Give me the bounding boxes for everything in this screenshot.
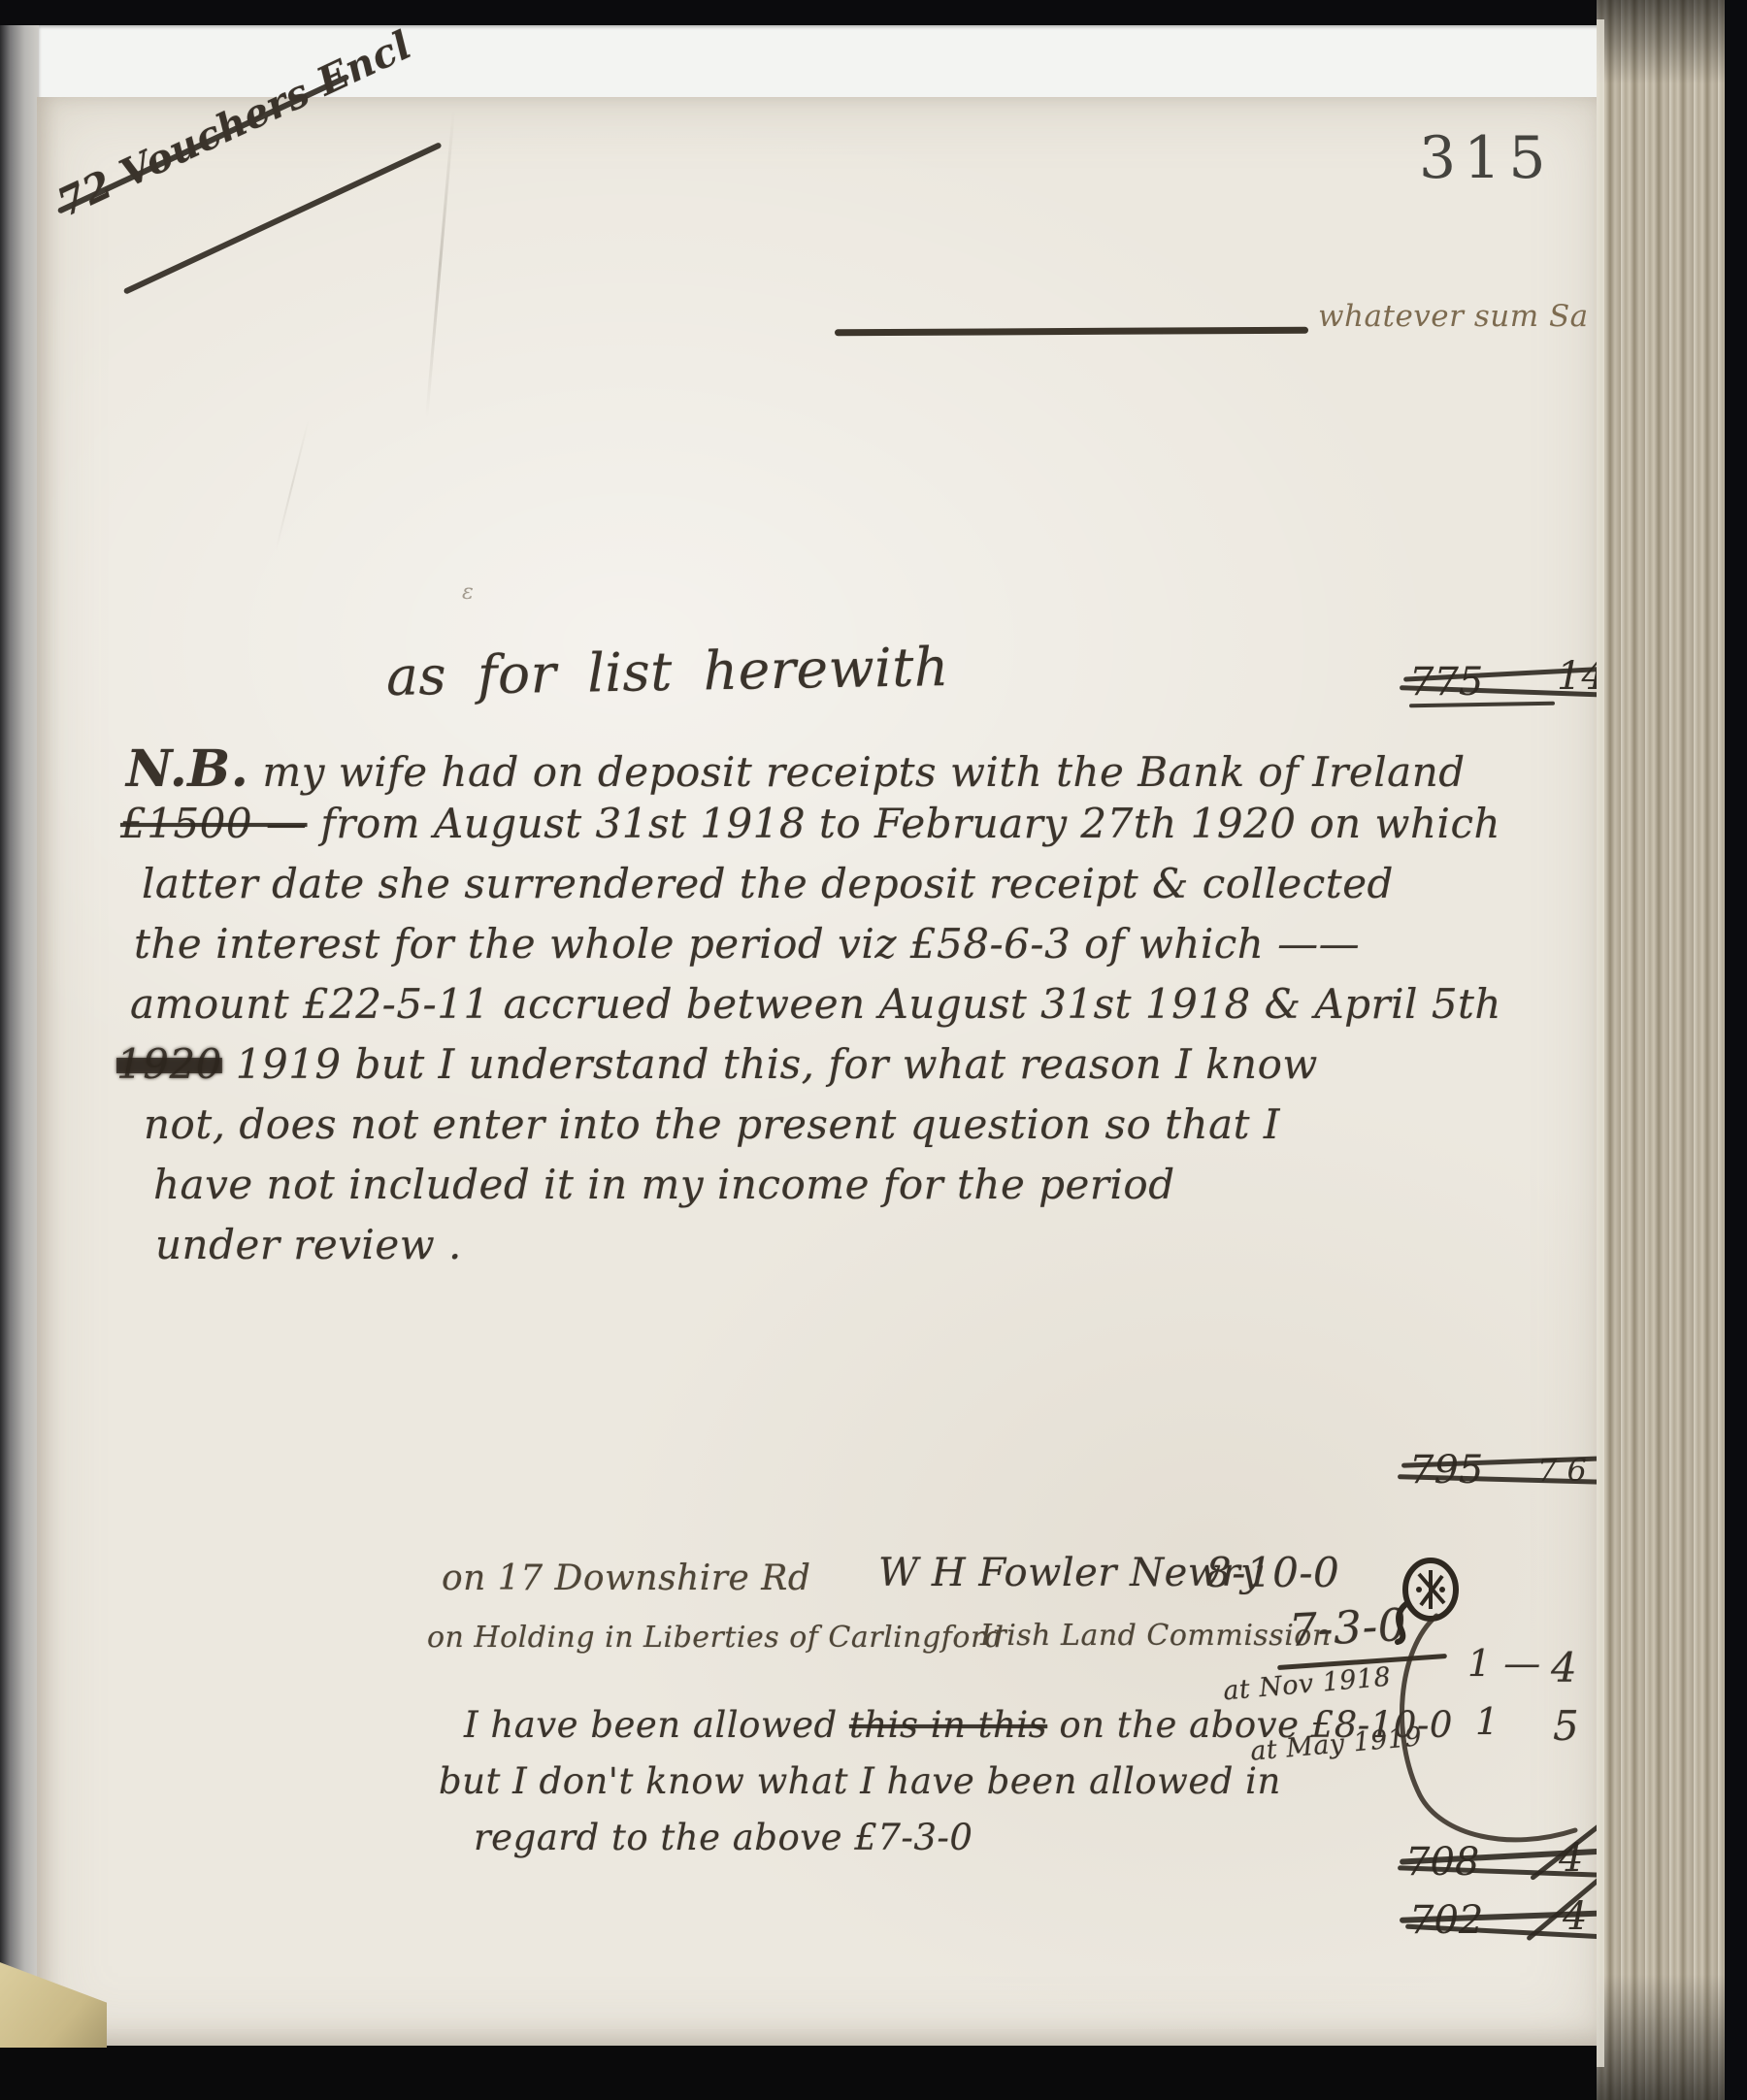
note-line: latter date she surrendered the deposit … — [142, 860, 1394, 907]
section-heading: as for list herewith — [385, 636, 949, 707]
note-line: 1920 1919 but I understand this, for wha… — [116, 1040, 1318, 1088]
note-line: under review . — [155, 1221, 462, 1268]
book-cover-bottom — [0, 2046, 1747, 2100]
scratched-value: 795 — [1409, 1448, 1483, 1493]
stray-mark: ε — [462, 580, 474, 605]
note-block: N.B.my wife had on deposit receipts with… — [126, 739, 1592, 1283]
scratch-middle: 795 7 6 — [1409, 1442, 1603, 1520]
struck-year: 1920 — [116, 1040, 222, 1088]
book-page-stack — [1597, 0, 1725, 2100]
note-line: not, does not enter into the present que… — [144, 1100, 1280, 1148]
property-label: on Holding in Liberties of Carlingford — [427, 1621, 1005, 1655]
book-cover — [1725, 0, 1747, 2100]
note-line: £1500 — from August 31st 1918 to Februar… — [120, 800, 1500, 847]
scratched-value: 775 — [1409, 660, 1483, 705]
margin-figure: 1 — — [1467, 1642, 1541, 1685]
note-line: amount £22-5-11 accrued between August 3… — [130, 980, 1501, 1028]
allowance-line-3: regard to the above £7-3-0 — [474, 1817, 972, 1858]
struck-amount: £1500 — — [120, 800, 307, 847]
allowance-line-2: but I don't know what I have been allowe… — [439, 1760, 1281, 1802]
page-fore-edge — [1597, 19, 1604, 2067]
left-page-edges — [0, 25, 41, 2053]
property-label: on 17 Downshire Rd — [442, 1559, 810, 1598]
note-line: the interest for the whole period viz £5… — [134, 920, 1360, 968]
amount-value: 8-10-0 — [1205, 1549, 1339, 1596]
scratch-top: 775 14 — [1409, 652, 1618, 730]
faded-top-note: whatever sum Sa — [1318, 299, 1589, 334]
payee-label: Irish Land Commission — [980, 1619, 1332, 1653]
struck-phrase: this in this — [849, 1704, 1047, 1746]
nb-label: N.B. — [126, 739, 248, 799]
note-line: have not included it in my income for th… — [153, 1161, 1175, 1208]
margin-figure: 4 — [1551, 1644, 1577, 1691]
note-line: N.B.my wife had on deposit receipts with… — [126, 739, 1466, 799]
margin-figure: 1 — [1475, 1700, 1500, 1743]
scratch-bottom-2: 702 4 — [1409, 1894, 1623, 1952]
margin-figure: 5 — [1553, 1702, 1579, 1750]
scanned-ledger-page: 72 Vouchers Encl 315 whatever sum Sa ε a… — [0, 0, 1747, 2100]
page-number: 315 — [1419, 124, 1554, 192]
